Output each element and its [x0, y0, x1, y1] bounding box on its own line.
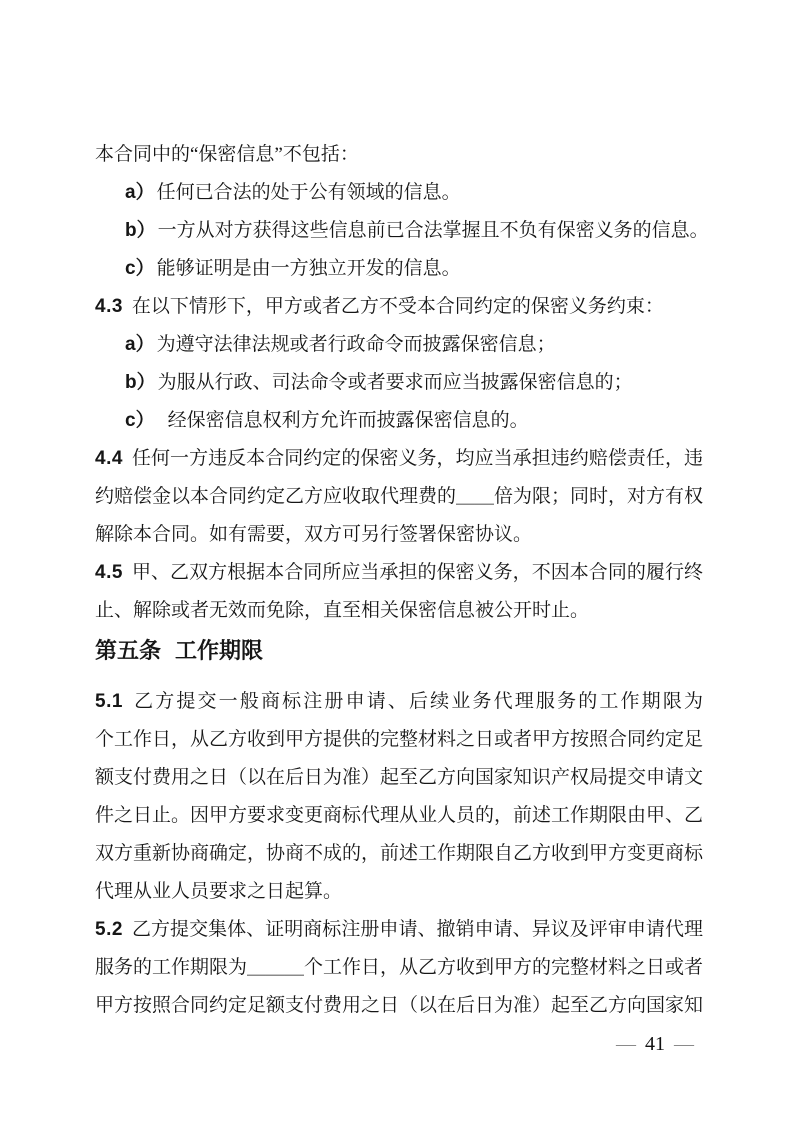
clause-line: 个工作日，从乙方收到甲方提供的完整材料之日或者甲方按照合同约定足 [95, 721, 703, 759]
clause-line: 止、解除或者无效而免除，直至相关保密信息被公开时止。 [95, 592, 703, 630]
clause-number: 5.1 [95, 691, 123, 712]
clause-number: 4.5 [95, 562, 123, 583]
list-item-b: b）为服从行政、司法命令或者要求而应当披露保密信息的； [95, 364, 703, 402]
clause-4-4: 4.4任何一方违反本合同约定的保密义务，均应当承担违约赔偿责任，违 约赔偿金以本… [95, 440, 703, 554]
page-footer: — 41 — [616, 1030, 694, 1058]
list-item-a: a）任何已合法的处于公有领域的信息。 [95, 174, 703, 212]
list-item-c: c）能够证明是由一方独立开发的信息。 [95, 250, 703, 288]
list-item-text: 为遵守法律法规或者行政命令而披露保密信息； [157, 334, 556, 355]
clause-4-3: 4.3在以下情形下，甲方或者乙方不受本合同约定的保密义务约束： [95, 288, 703, 326]
clause-number: 4.3 [95, 296, 123, 317]
paragraph-intro: 本合同中的“保密信息”不包括： [95, 136, 703, 174]
list-item-c: c）经保密信息权利方允许而披露保密信息的。 [95, 402, 703, 440]
list-marker: b） [125, 220, 156, 241]
clause-5-1: 5.1乙方提交一般商标注册申请、后续业务代理服务的工作期限为 个工作日，从乙方收… [95, 683, 703, 911]
footer-left-dash: — [616, 1030, 636, 1058]
clause-line: 服务的工作期限为＿＿＿个工作日，从乙方收到甲方的完整材料之日或者 [95, 949, 703, 987]
list-item-a: a）为遵守法律法规或者行政命令而披露保密信息； [95, 326, 703, 364]
list-item-text: 能够证明是由一方独立开发的信息。 [157, 258, 461, 279]
clause-line: 4.5甲、乙双方根据本合同所应当承担的保密义务，不因本合同的履行终 [95, 554, 703, 592]
clause-line: 解除本合同。如有需要，双方可另行签署保密协议。 [95, 516, 703, 554]
clause-line: 约赔偿金以本合同约定乙方应收取代理费的＿＿倍为限；同时，对方有权 [95, 478, 703, 516]
clause-text: 甲、乙双方根据本合同所应当承担的保密义务，不因本合同的履行终 [132, 562, 703, 583]
section-title: 工作期限 [175, 638, 263, 663]
section-heading-article-5: 第五条工作期限 [95, 632, 703, 670]
clause-text: 任何一方违反本合同约定的保密义务，均应当承担违约赔偿责任，违 [132, 448, 703, 469]
clause-number: 4.4 [95, 448, 123, 469]
list-item-text: 一方从对方获得这些信息前已合法掌握且不负有保密义务的信息。 [158, 220, 709, 241]
document-body: 本合同中的“保密信息”不包括： a）任何已合法的处于公有领域的信息。 b）一方从… [95, 136, 703, 1025]
list-item-text: 经保密信息权利方允许而披露保密信息的。 [168, 410, 529, 431]
clause-line: 代理从业人员要求之日起算。 [95, 873, 703, 911]
page-number: 41 [645, 1030, 665, 1058]
contract-page: 本合同中的“保密信息”不包括： a）任何已合法的处于公有领域的信息。 b）一方从… [0, 0, 793, 1122]
list-marker: c） [125, 258, 155, 279]
clause-number: 5.2 [95, 919, 123, 940]
clause-line: 甲方按照合同约定足额支付费用之日（以在后日为准）起至乙方向国家知 [95, 987, 703, 1025]
clause-line: 额支付费用之日（以在后日为准）起至乙方向国家知识产权局提交申请文 [95, 759, 703, 797]
list-item-b: b）一方从对方获得这些信息前已合法掌握且不负有保密义务的信息。 [95, 212, 703, 250]
clause-text: 乙方提交一般商标注册申请、后续业务代理服务的工作期限为 [132, 691, 703, 712]
list-item-text: 任何已合法的处于公有领域的信息。 [157, 182, 461, 203]
list-item-text: 为服从行政、司法命令或者要求而应当披露保密信息的； [158, 372, 633, 393]
clause-line: 5.2乙方提交集体、证明商标注册申请、撤销申请、异议及评审申请代理 [95, 911, 703, 949]
section-label: 第五条 [95, 638, 161, 663]
clause-line: 5.1乙方提交一般商标注册申请、后续业务代理服务的工作期限为 [95, 683, 703, 721]
clause-line: 双方重新协商确定，协商不成的，前述工作期限自乙方收到甲方变更商标 [95, 835, 703, 873]
clause-text: 在以下情形下，甲方或者乙方不受本合同约定的保密义务约束： [132, 296, 664, 317]
list-marker: b） [125, 372, 156, 393]
list-marker: a） [125, 182, 155, 203]
clause-line: 件之日止。因甲方要求变更商标代理从业人员的，前述工作期限由甲、乙 [95, 797, 703, 835]
list-marker: a） [125, 334, 155, 355]
clause-4-5: 4.5甲、乙双方根据本合同所应当承担的保密义务，不因本合同的履行终 止、解除或者… [95, 554, 703, 630]
clause-text: 乙方提交集体、证明商标注册申请、撤销申请、异议及评审申请代理 [132, 919, 703, 940]
list-marker: c） [125, 410, 155, 431]
footer-right-dash: — [674, 1030, 694, 1058]
clause-line: 4.4任何一方违反本合同约定的保密义务，均应当承担违约赔偿责任，违 [95, 440, 703, 478]
clause-5-2: 5.2乙方提交集体、证明商标注册申请、撤销申请、异议及评审申请代理 服务的工作期… [95, 911, 703, 1025]
